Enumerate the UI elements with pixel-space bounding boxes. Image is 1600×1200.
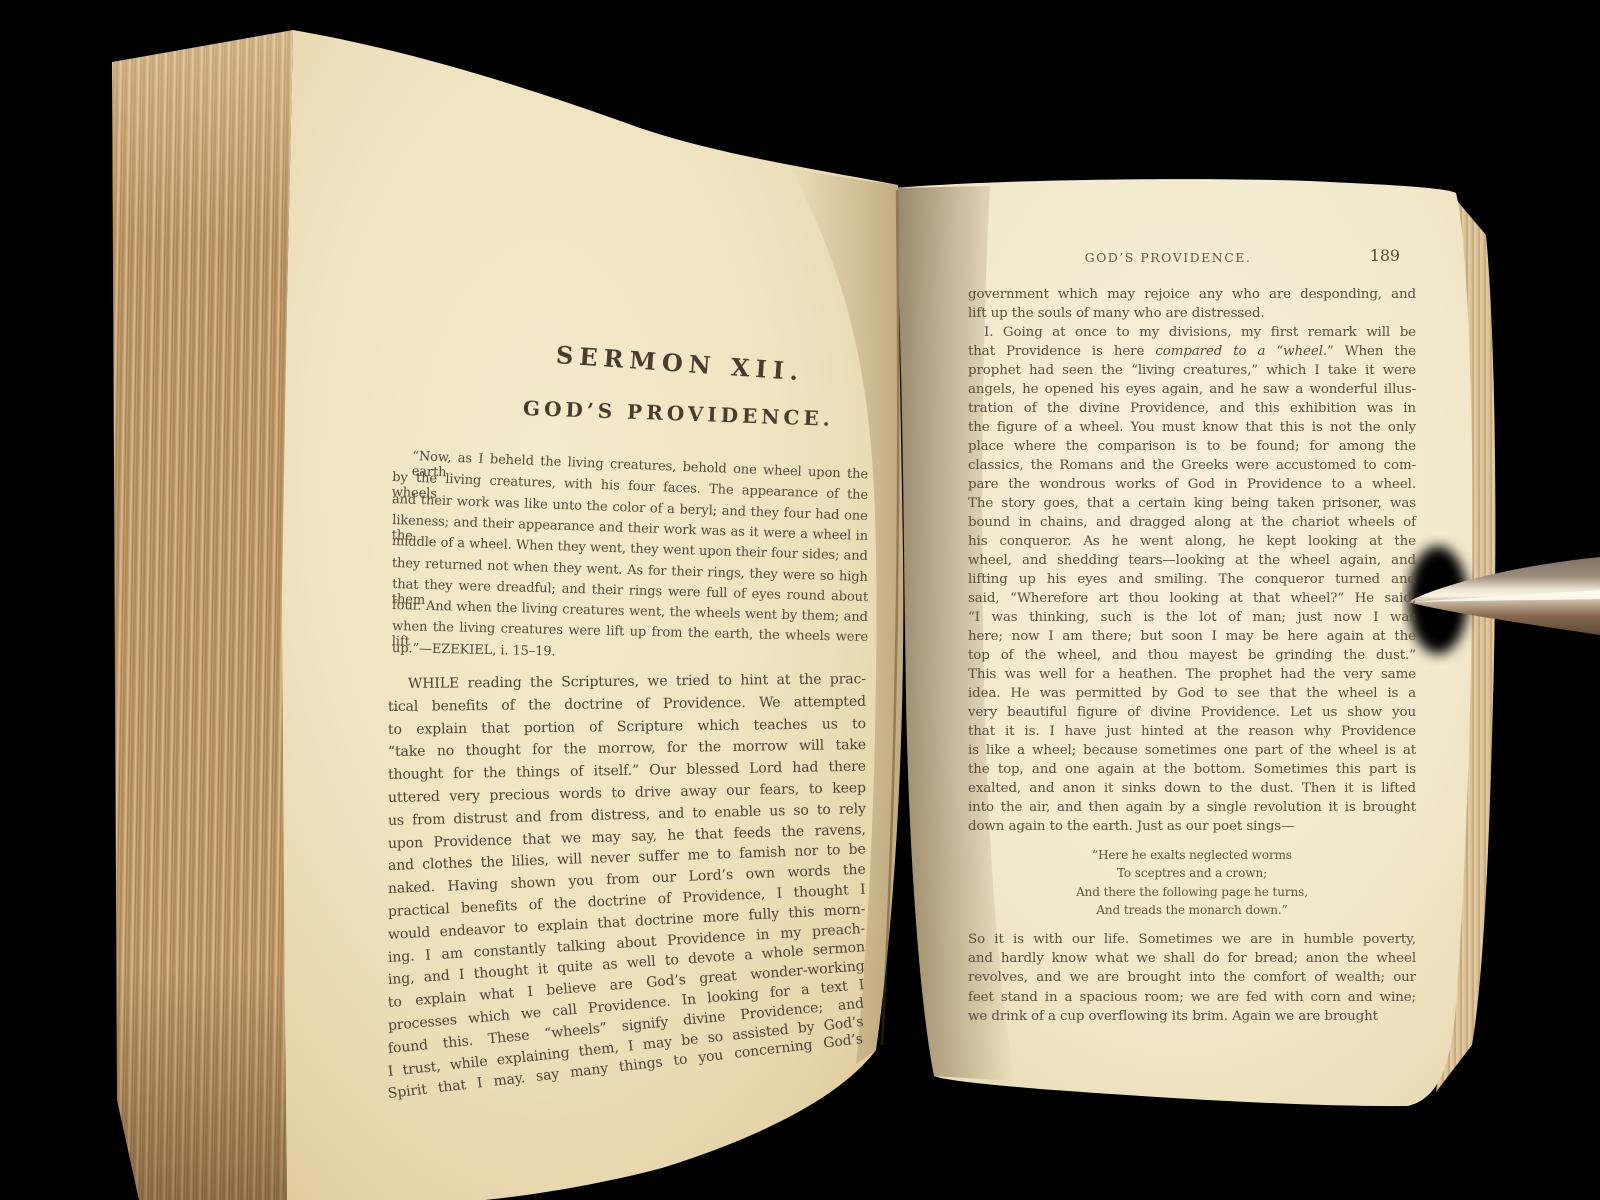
book-artwork <box>0 0 1600 1200</box>
book-photo: SERMON XII. GOD’S PROVIDENCE. “Now, as I… <box>0 0 1600 1200</box>
stack-shading <box>112 30 293 1200</box>
